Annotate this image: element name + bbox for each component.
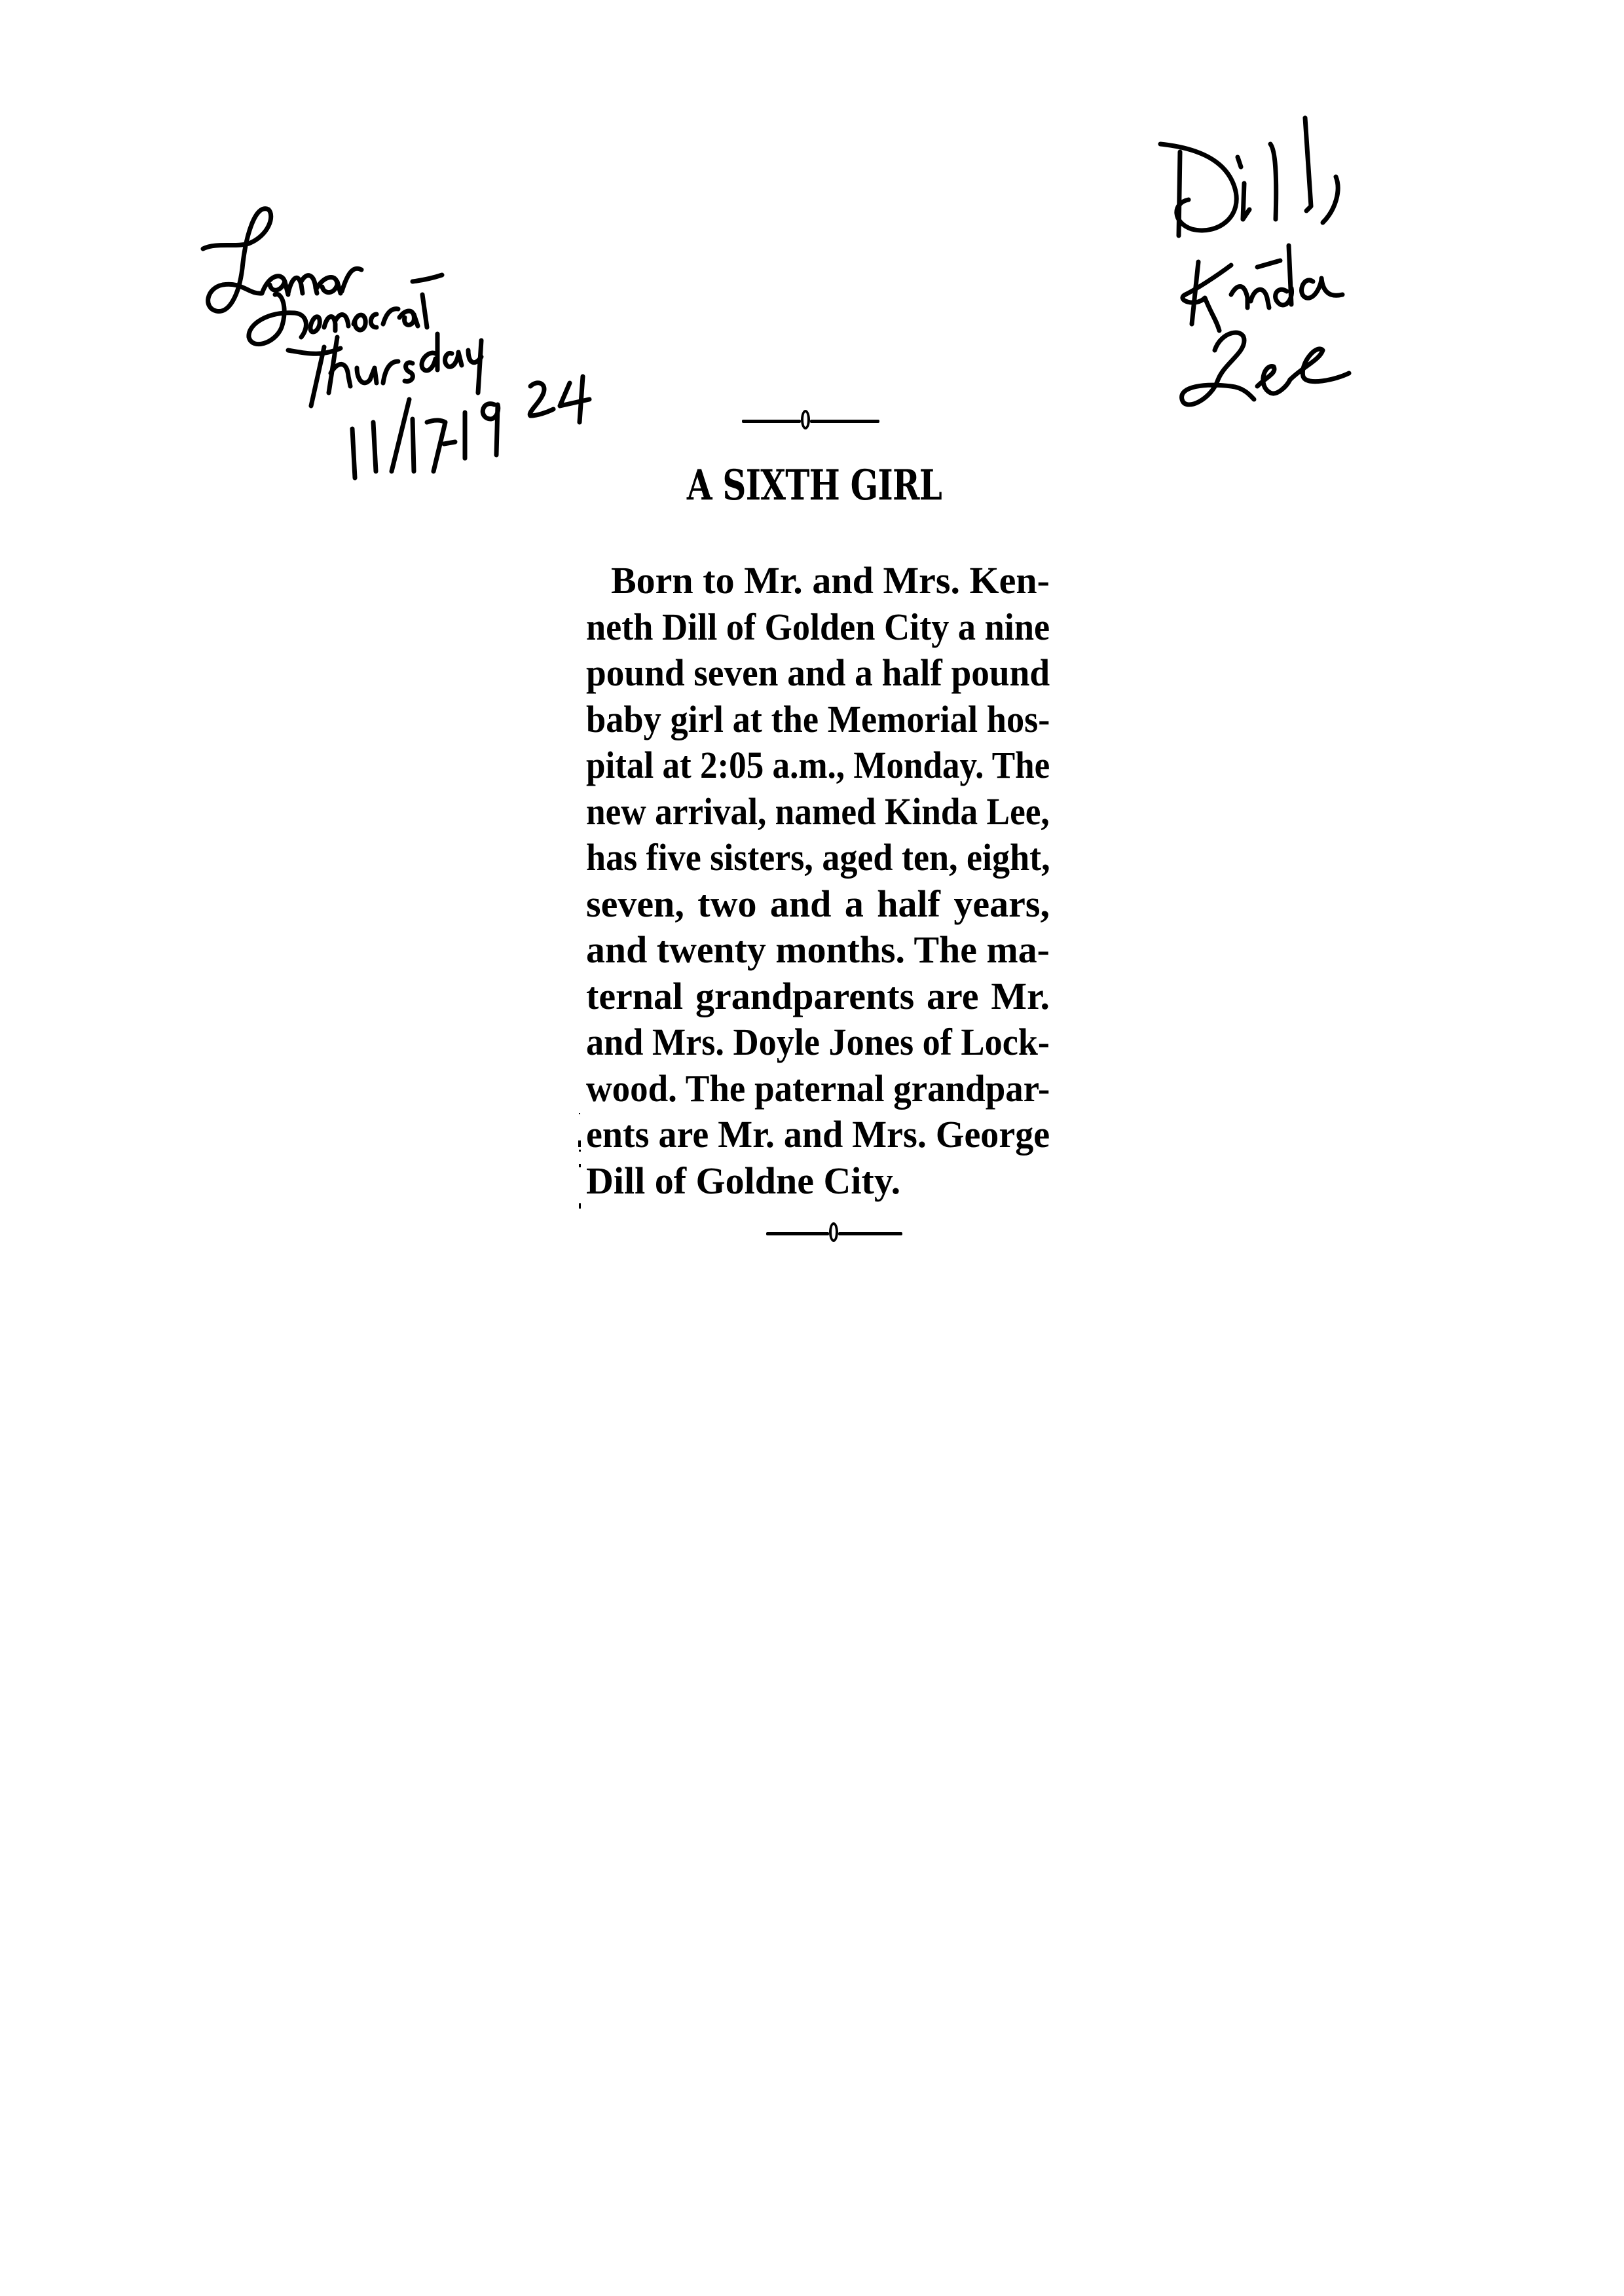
scan-speck — [579, 1113, 580, 1114]
article-line: and Mrs. Doyle Jones of Lock- — [586, 1019, 1050, 1066]
article-line: ternal grandparents are Mr. — [586, 974, 1050, 1020]
scan-speck — [579, 1150, 581, 1152]
scan-speck — [579, 1164, 581, 1167]
article-line: pital at 2:05 a.m., Monday. The — [586, 742, 1050, 789]
article-line: seven, two and a half years, — [586, 881, 1050, 928]
article-line: pound seven and a half pound — [586, 650, 1050, 697]
top-divider — [742, 410, 879, 431]
article-line: baby girl at the Memorial hos- — [586, 697, 1050, 743]
article-line: ents are Mr. and Mrs. George — [586, 1112, 1050, 1158]
article-body: Born to Mr. and Mrs. Ken- neth Dill of G… — [586, 558, 1050, 1204]
bottom-divider — [766, 1222, 902, 1243]
article-line: new arrival, named Kinda Lee, — [586, 789, 1050, 835]
article-headline: A SIXTH GIRL — [686, 462, 941, 509]
article-line: neth Dill of Golden City a nine — [586, 604, 1050, 651]
scan-speck — [579, 1203, 581, 1209]
divider-rule-right — [810, 420, 879, 423]
article-line: Dill of Goldne City. — [586, 1158, 1050, 1205]
article-line: Born to Mr. and Mrs. Ken- — [586, 558, 1050, 604]
handwriting-name-strokes — [1146, 105, 1382, 432]
scan-speck — [578, 1140, 581, 1147]
divider-rule-right — [838, 1232, 902, 1235]
article-line: has five sisters, aged ten, eight, — [586, 835, 1050, 881]
article-line: wood. The paternal grandpar- — [586, 1066, 1050, 1112]
scanned-page: Lamar Democrat Thursday 11/17-1924 — [0, 0, 1624, 2296]
handwritten-name-note: Dill, Kinda Lee — [1146, 105, 1382, 432]
handwriting-source-strokes — [190, 196, 688, 498]
divider-rule-left — [742, 420, 801, 423]
article-line: and twenty months. The ma- — [586, 927, 1050, 974]
divider-oval — [829, 1222, 838, 1242]
divider-rule-left — [766, 1232, 829, 1235]
handwritten-source-note: Lamar Democrat Thursday 11/17-1924 — [190, 196, 688, 498]
headline-container: A SIXTH GIRL — [616, 462, 1012, 509]
divider-oval — [801, 410, 810, 429]
